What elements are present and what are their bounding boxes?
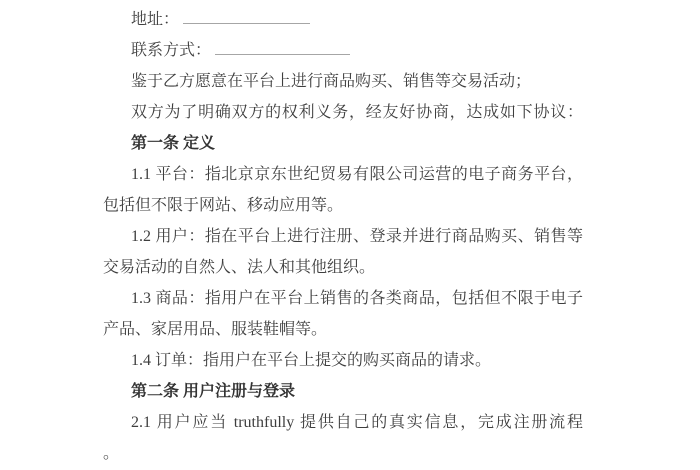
section-1-heading: 第一条 定义 [103,128,583,159]
clause-1-1-line-1: 1.1 平台：指北京京东世纪贸易有限公司运营的电子商务平台， [103,159,583,190]
preamble-line-1: 鉴于乙方愿意在平台上进行商品购买、销售等交易活动； [103,66,583,97]
contact-label: 联系方式： [131,42,211,59]
clause-1-2-line-1: 1.2 用户：指在平台上进行注册、登录并进行商品购买、销售等 [103,221,583,252]
section-2-heading: 第二条 用户注册与登录 [103,376,583,407]
clause-1-4-line-1: 1.4 订单：指用户在平台上提交的购买商品的请求。 [103,345,583,376]
address-blank-field[interactable] [183,9,310,24]
clause-1-1-line-2: 包括但不限于网站、移动应用等。 [103,190,583,221]
clause-1-2-line-2: 交易活动的自然人、法人和其他组织。 [103,252,583,283]
clause-2-1-line-1: 2.1 用户应当 truthfully 提供自己的真实信息，完成注册流程 [103,407,583,438]
address-label: 地址： [131,11,179,28]
contract-page: 地址： 联系方式： 鉴于乙方愿意在平台上进行商品购买、销售等交易活动； 双方为了… [0,0,700,470]
preamble-line-2: 双方为了明确双方的权利义务，经友好协商，达成如下协议： [103,97,583,128]
contact-blank-field[interactable] [215,40,350,55]
address-field-row: 地址： [103,4,583,35]
clause-2-1-line-2: 。 [103,438,583,469]
clause-1-3-line-1: 1.3 商品：指用户在平台上销售的各类商品，包括但不限于电子 [103,283,583,314]
clause-1-3-line-2: 产品、家居用品、服装鞋帽等。 [103,314,583,345]
contact-field-row: 联系方式： [103,35,583,66]
